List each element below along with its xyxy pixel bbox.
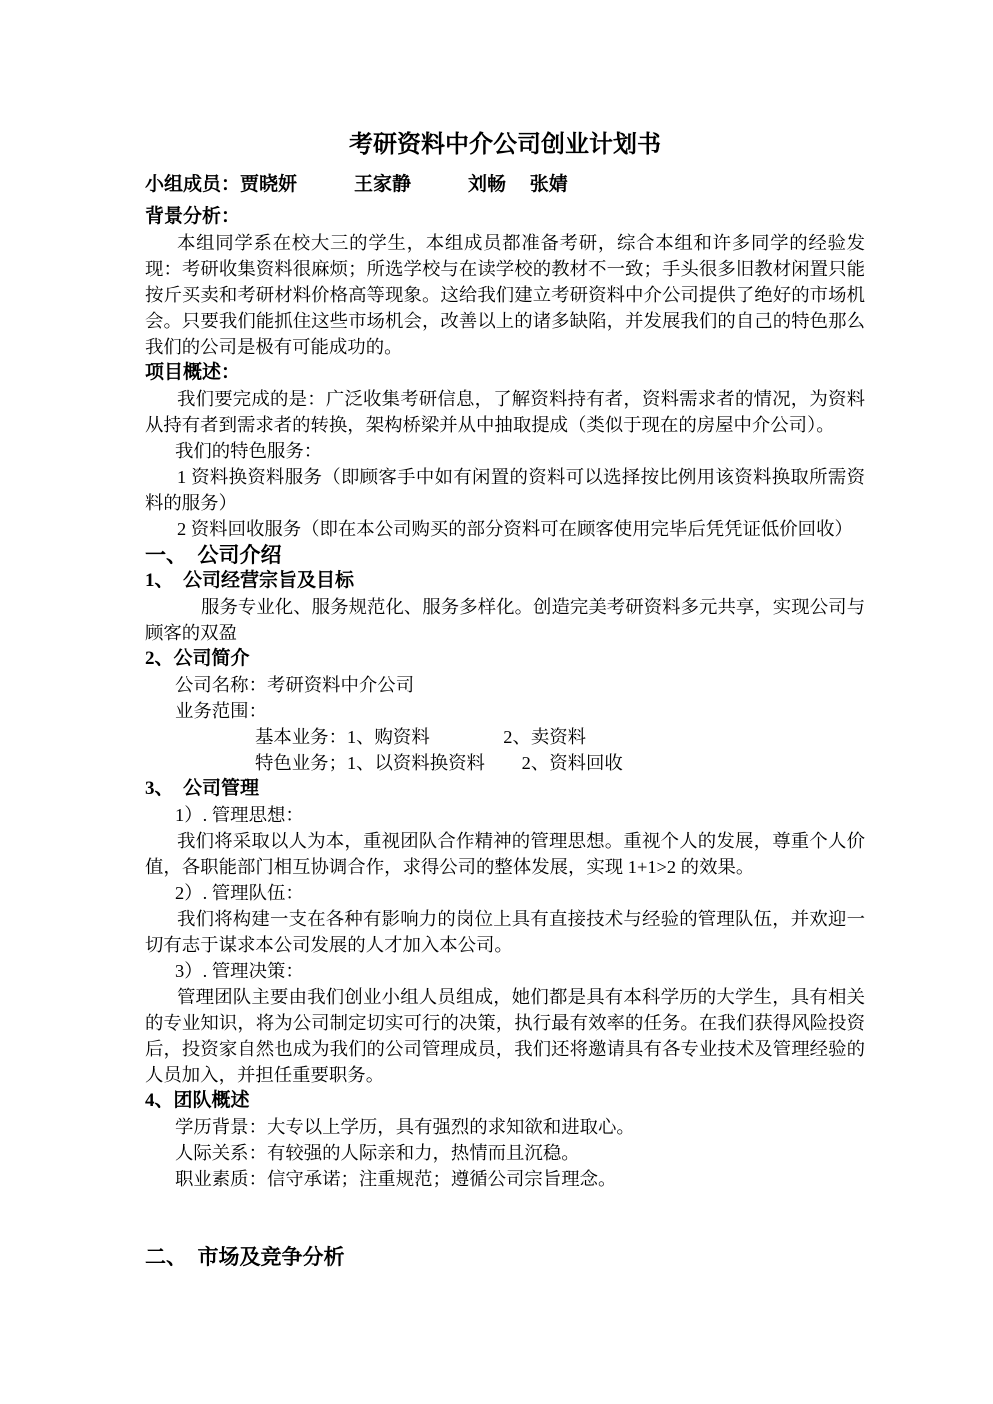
line-business-scope-label: 业务范围： [145, 698, 865, 724]
line-education-background: 学历背景：大专以上学历，具有强烈的求知欲和进取心。 [145, 1114, 865, 1140]
line-management-decision-label: 3）. 管理决策： [145, 958, 865, 984]
line-management-thought-label: 1）. 管理思想： [145, 802, 865, 828]
para-company-purpose: 服务专业化、服务规范化、服务多样化。创造完美考研资料多元共享，实现公司与顾客的双… [145, 594, 865, 646]
para-service-exchange: 1 资料换资料服务（即顾客手中如有闲置的资料可以选择按比例用该资料换取所需资料的… [145, 464, 865, 516]
heading-section-1-company-intro: 一、 公司介绍 [145, 542, 865, 568]
heading-4-team-overview: 4、团队概述 [145, 1088, 865, 1114]
para-service-recycle: 2 资料回收服务（即在本公司购买的部分资料可在顾客使用完毕后凭凭证低价回收） [145, 516, 865, 542]
heading-3-company-management: 3、 公司管理 [145, 776, 865, 802]
line-basic-business: 基本业务：1、购资料 2、卖资料 [145, 724, 865, 750]
para-management-thought: 我们将采取以人为本，重视团队合作精神的管理思想。重视个人的发展，尊重个人价值，各… [145, 828, 865, 880]
blank-gap [145, 1192, 865, 1244]
line-interpersonal-relations: 人际关系：有较强的人际亲和力，热情而且沉稳。 [145, 1140, 865, 1166]
para-management-decision: 管理团队主要由我们创业小组人员组成，她们都是具有本科学历的大学生，具有相关的专业… [145, 984, 865, 1088]
line-management-team-label: 2）. 管理队伍： [145, 880, 865, 906]
heading-section-2-market-analysis: 二、 市场及竞争分析 [145, 1244, 865, 1270]
heading-project-overview: 项目概述： [145, 360, 865, 386]
para-background-analysis: 本组同学系在校大三的学生，本组成员都准备考研，综合本组和许多同学的经验发现：考研… [145, 230, 865, 360]
line-special-business: 特色业务；1、以资料换资料 2、资料回收 [145, 750, 865, 776]
doc-title: 考研资料中介公司创业计划书 [145, 124, 865, 166]
document-page: 考研资料中介公司创业计划书 小组成员：贾晓妍 王家静 刘畅 张婧 背景分析： 本… [0, 0, 993, 1404]
line-professional-quality: 职业素质：信守承诺；注重规范；遵循公司宗旨理念。 [145, 1166, 865, 1192]
line-company-name: 公司名称：考研资料中介公司 [145, 672, 865, 698]
team-members-line: 小组成员：贾晓妍 王家静 刘畅 张婧 [145, 166, 865, 204]
heading-1-company-purpose: 1、 公司经营宗旨及目标 [145, 568, 865, 594]
para-management-team: 我们将构建一支在各种有影响力的岗位上具有直接技术与经验的管理队伍，并欢迎一切有志… [145, 906, 865, 958]
heading-2-company-profile: 2、公司简介 [145, 646, 865, 672]
line-special-services-label: 我们的特色服务： [145, 438, 865, 464]
heading-background-analysis: 背景分析： [145, 204, 865, 230]
para-project-overview: 我们要完成的是：广泛收集考研信息，了解资料持有者，资料需求者的情况，为资料从持有… [145, 386, 865, 438]
